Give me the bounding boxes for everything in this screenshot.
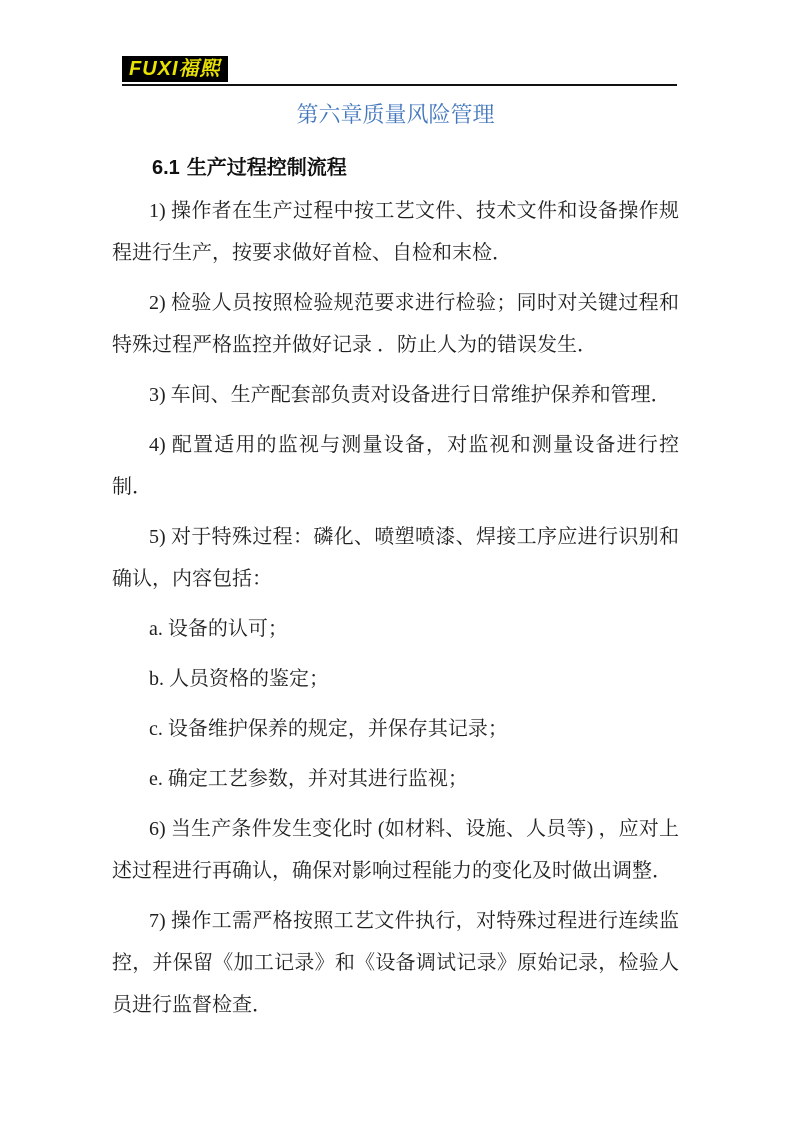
section-title: 生产过程控制流程	[187, 157, 347, 179]
section-number: 6.1	[152, 157, 180, 179]
paragraph-item-2: 2) 检验人员按照检验规范要求进行检验；同时对关键过程和特殊过程严格监控并做好记…	[112, 282, 679, 366]
paragraph-item-7: 7) 操作工需严格按照工艺文件执行，对特殊过程进行连续监控，并保留《加工记录》和…	[112, 900, 679, 1026]
document-body: 第六章质量风险管理 6.1生产过程控制流程 1) 操作者在生产过程中按工艺文件、…	[112, 100, 679, 1026]
paragraph-subitem-e: e. 确定工艺参数，并对其进行监视；	[112, 758, 679, 800]
fuxi-logo: FUXI福熙	[122, 56, 228, 82]
header-divider	[122, 84, 677, 86]
chapter-title: 第六章质量风险管理	[112, 100, 679, 130]
paragraph-subitem-b: b. 人员资格的鉴定；	[112, 658, 679, 700]
paragraph-subitem-a: a. 设备的认可；	[112, 608, 679, 650]
paragraph-item-4: 4) 配置适用的监视与测量设备，对监视和测量设备进行控制．	[112, 424, 679, 508]
paragraph-item-6: 6) 当生产条件发生变化时 (如材料、设施、人员等) ，应对上述过程进行再确认，…	[112, 808, 679, 892]
paragraph-subitem-c: c. 设备维护保养的规定，并保存其记录；	[112, 708, 679, 750]
paragraph-item-1: 1) 操作者在生产过程中按工艺文件、技术文件和设备操作规程进行生产，按要求做好首…	[112, 190, 679, 274]
document-page: FUXI福熙 第六章质量风险管理 6.1生产过程控制流程 1) 操作者在生产过程…	[0, 0, 794, 1123]
section-heading: 6.1生产过程控制流程	[112, 154, 679, 182]
paragraph-item-3: 3) 车间、生产配套部负责对设备进行日常维护保养和管理．	[112, 374, 679, 416]
paragraph-item-5: 5) 对于特殊过程：磷化、喷塑喷漆、焊接工序应进行识别和确认，内容包括：	[112, 516, 679, 600]
